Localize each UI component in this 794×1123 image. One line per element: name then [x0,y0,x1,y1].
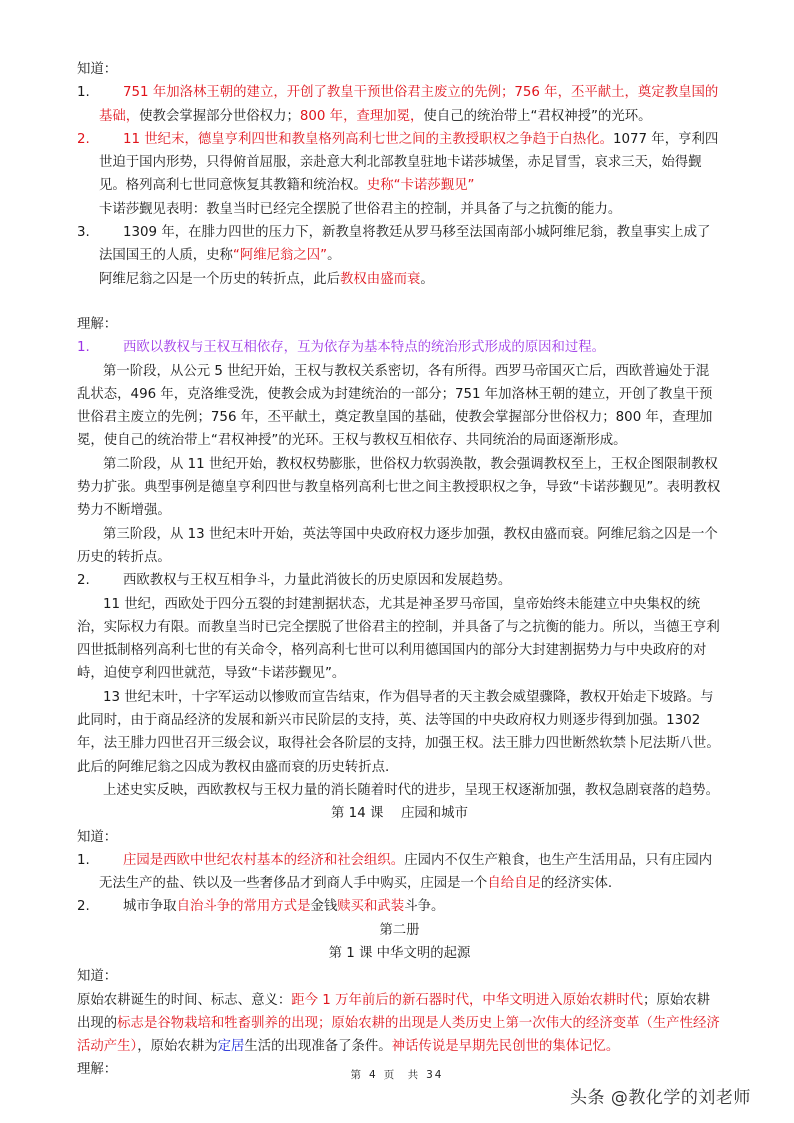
document-page: 知道： 1. 751 年加洛林王朝的建立，开创了教皇干预世俗君主废立的先例；75… [77,58,722,1082]
item-number: 2. [77,569,99,592]
item-number: 2. [77,895,99,918]
item-number: 1. [77,849,99,872]
spacer [77,291,722,313]
lesson14-item-2-text: 城市争取自治斗争的常用方式是金钱赎买和武装斗争。 [99,895,722,918]
page-unit: 页 [384,1069,397,1081]
know-item-1: 1. 751 年加洛林王朝的建立，开创了教皇干预世俗君主废立的先例；756 年，… [77,81,722,128]
text-segment-red: 史称“卡诺莎觐见” [367,178,475,193]
text-segment-red: 赎买和武装 [337,899,404,914]
paragraph-stage-3: 第三阶段，从 13 世纪末叶开始，英法等国中央政府权力逐步加强，教权由盛而衰。阿… [77,523,722,570]
text-segment: 的经济实体. [541,876,612,891]
lesson14-item-1: 1. 庄园是西欧中世纪农村基本的经济和社会组织。庄园内不仅生产粮食，也生产生活用… [77,849,722,896]
know-item-3: 3. 1309 年，在腓力四世的压力下，新教皇将教廷从罗马移至法国南部小城阿维尼… [77,221,722,291]
text-segment: ，原始农耕为 [137,1039,217,1054]
volume-title: 第二册 [77,919,722,942]
book2-heading-know: 知道： [77,965,722,988]
know-item-1-text: 751 年加洛林王朝的建立，开创了教皇干预世俗君主废立的先例；756 年，丕平献… [99,81,722,128]
text-segment-red: 神话传说是早期先民创世的集体记忆。 [392,1039,620,1054]
lesson-14-heading-know: 知道： [77,826,722,849]
item-number: 1. [77,336,99,359]
lesson14-item-1-text: 庄园是西欧中世纪农村基本的经济和社会组织。庄园内不仅生产粮食，也生产生活用品，只… [99,849,722,896]
section-heading-understand: 理解： [77,313,722,336]
page-footer: 第4页 共34 [0,1067,794,1082]
text-segment: 1309 年，在腓力四世的压力下，新教皇将教廷从罗马移至法国南部小城阿维尼翁，教… [99,225,710,263]
page-label: 第 [351,1069,364,1081]
book2-lesson-1-title: 第 1 课 中华文明的起源 [77,942,722,965]
paragraph-11th-century: 11 世纪，西欧处于四分五裂的封建割据状态，尤其是神圣罗马帝国，皇帝始终未能建立… [77,593,722,686]
lesson14-item-2: 2. 城市争取自治斗争的常用方式是金钱赎买和武装斗争。 [77,895,722,918]
text-segment: 斗争。 [404,899,444,914]
paragraph-summary: 上述史实反映，西欧教权与王权力量的消长随着时代的进步，呈现王权逐渐加强，教权急剧… [77,779,722,802]
total-label: 共 [408,1069,421,1081]
text-segment: 生活的出现准备了条件。 [244,1039,391,1054]
item-number: 1. [77,81,99,104]
text-segment: 城市争取 [123,899,177,914]
text-segment-red: 距今 1 万年前后的新石器时代，中华文明进入原始农耕时代 [291,993,643,1008]
understand-item-1-title: 1. 西欧以教权与王权互相依存，互为依存为基本特点的统治形式形成的原因和过程。 [77,336,722,359]
understand-item-2-title-text: 西欧教权与王权互相争斗，力量此消彼长的历史原因和发展趋势。 [99,569,722,592]
paragraph-stage-1: 第一阶段，从公元 5 世纪开始，王权与教权关系密切，各有所得。西罗马帝国灭亡后，… [77,360,722,453]
know-item-3-text: 1309 年，在腓力四世的压力下，新教皇将教廷从罗马移至法国南部小城阿维尼翁，教… [99,221,722,268]
text-segment-red: 庄园是西欧中世纪农村基本的经济和社会组织。 [123,853,404,868]
know-item-2-note: 卡诺莎觐见表明：教皇当时已经完全摆脱了世俗君主的控制，并具备了与之抗衡的能力。 [99,198,722,221]
book2-know-paragraph: 原始农耕诞生的时间、标志、意义：距今 1 万年前后的新石器时代，中华文明进入原始… [77,989,722,1059]
paragraph-13th-century: 13 世纪末叶，十字军运动以惨败而宣告结束，作为倡导者的天主教会威望骤降，教权开… [77,686,722,779]
understand-item-2-title: 2. 西欧教权与王权互相争斗，力量此消彼长的历史原因和发展趋势。 [77,569,722,592]
paragraph-stage-2: 第二阶段，从 11 世纪开始，教权权势膨胀，世俗权力软弱涣散，教会强调教权至上，… [77,453,722,523]
understand-item-1-title-text: 西欧以教权与王权互相依存，互为依存为基本特点的统治形式形成的原因和过程。 [99,336,722,359]
text-segment-red: 800 年，查理加冕， [300,109,424,124]
text-segment: 。 [327,248,340,263]
lesson-14-title: 第 14 课 庄园和城市 [77,802,722,825]
text-segment-red: 自治斗争的常用方式是 [177,899,311,914]
text-segment-red: 自给自足 [487,876,541,891]
text-segment: 。 [420,272,433,287]
text-segment: 金钱 [310,899,337,914]
text-segment: 阿维尼翁之囚是一个历史的转折点，此后 [99,272,340,287]
item-number: 2. [77,128,99,151]
watermark: 头条 @教化学的刘老师 [570,1083,751,1108]
know-item-2: 2. 11 世纪末，德皇亨利四世和教皇格列高利七世之间的主教授职权之争趋于白热化… [77,128,722,221]
page-number: 4 [369,1069,378,1081]
section-heading-know: 知道： [77,58,722,81]
total-pages: 34 [426,1069,443,1081]
item-number: 3. [77,221,99,244]
text-segment: 原始农耕诞生的时间、标志、意义： [77,993,291,1008]
know-item-3-note: 阿维尼翁之囚是一个历史的转折点，此后教权由盛而衰。 [99,268,722,291]
text-segment-red: “阿维尼翁之囚” [233,248,327,263]
text-segment-red: 11 世纪末，德皇亨利四世和教皇格列高利七世之间的主教授职权之争趋于白热化。 [123,132,613,147]
know-item-2-text: 11 世纪末，德皇亨利四世和教皇格列高利七世之间的主教授职权之争趋于白热化。10… [99,128,722,198]
text-segment: 使自己的统治带上“君权神授”的光环。 [423,109,651,124]
text-segment-red: 教权由盛而衰 [340,272,420,287]
text-segment-blue: 定居 [218,1039,245,1054]
text-segment: 使教会掌握部分世俗权力； [139,109,300,124]
